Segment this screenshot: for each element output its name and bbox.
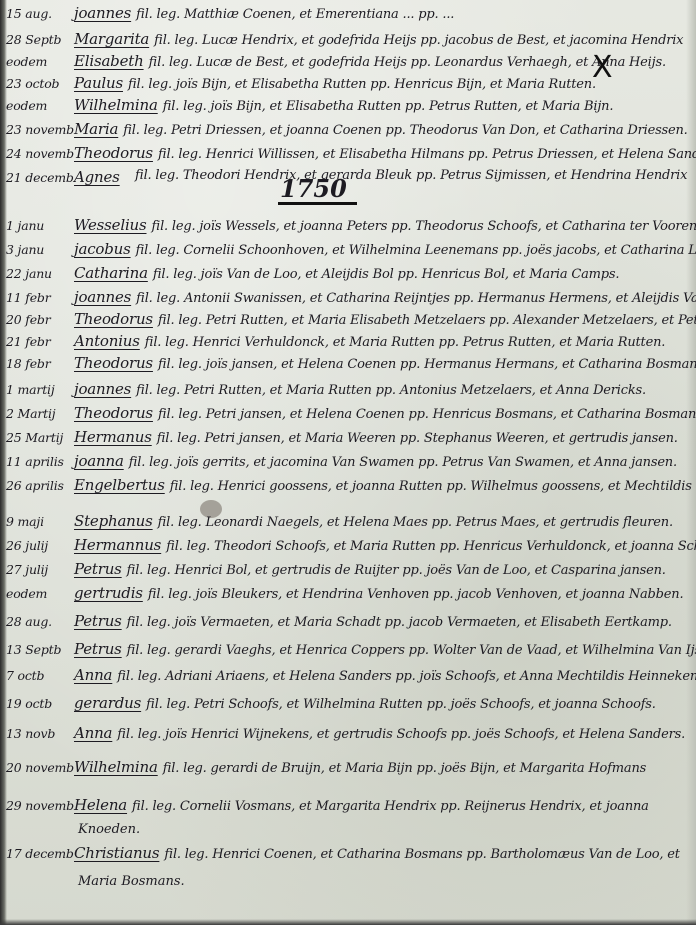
entry-text: fil. leg. Adriani Ariaens, et Helena San… bbox=[117, 669, 696, 684]
entry-text: fil. leg. joïs Bijn, et Elisabetha Rutte… bbox=[163, 99, 614, 114]
entry-text: fil. leg. Cornelii Vosmans, et Margarita… bbox=[132, 799, 649, 814]
entry-text: fil. leg. Henrici Bol, et gertrudis de R… bbox=[127, 563, 666, 578]
child-name: joannes bbox=[74, 288, 131, 306]
entry-date: 19 octb bbox=[0, 696, 74, 711]
entry-date: 21 febr bbox=[0, 334, 74, 349]
entry-text: fil. leg. Henrici goossens, et joanna Ru… bbox=[170, 479, 696, 494]
entry-text: fil. leg. gerardi Vaeghs, et Henrica Cop… bbox=[127, 643, 696, 658]
entry-date: 11 aprilis bbox=[0, 454, 74, 469]
child-name: Petrus bbox=[74, 612, 122, 630]
entry-date: 25 Martij bbox=[0, 430, 74, 445]
entry-continuation: Maria Bosmans. bbox=[78, 874, 185, 889]
entry-date: 20 febr bbox=[0, 312, 74, 327]
entry-date: 23 novemb bbox=[0, 122, 74, 137]
entry-text: fil. leg. Petri Rutten, et Maria Elisabe… bbox=[158, 313, 696, 328]
child-name: Theodorus bbox=[74, 354, 153, 372]
child-name: Wilhelmina bbox=[74, 758, 158, 776]
entry-date: 23 octob bbox=[0, 76, 74, 91]
entry-date: 9 maji bbox=[0, 514, 74, 529]
child-name: Engelbertus bbox=[74, 476, 165, 494]
baptism-entry: 9 maji Stephanus fil. leg. Leonardi Naeg… bbox=[0, 512, 690, 538]
entry-date: 28 aug. bbox=[0, 614, 74, 629]
entry-date: 15 aug. bbox=[0, 6, 74, 21]
entry-date: 18 febr bbox=[0, 356, 74, 371]
baptism-entry: 15 aug. joannes fil. leg. Matthiæ Coenen… bbox=[0, 4, 690, 30]
baptism-entry: 23 novemb Maria fil. leg. Petri Driessen… bbox=[0, 120, 690, 146]
entry-text: fil. leg. Lucæ de Best, et godefrida Hei… bbox=[149, 55, 666, 70]
baptism-entry: 13 novb Anna fil. leg. joïs Henrici Wijn… bbox=[0, 724, 690, 750]
entry-date: 26 julij bbox=[0, 538, 74, 553]
baptism-entry: 2 Martij Theodorus fil. leg. Petri janse… bbox=[0, 404, 690, 430]
entry-date: eodem bbox=[0, 586, 74, 601]
entry-text: fil. leg. joïs Vermaeten, et Maria Schad… bbox=[127, 615, 672, 630]
entry-text: fil. leg. Theodori Hendrix, et gerarda B… bbox=[135, 168, 687, 183]
year-heading: 1750 bbox=[278, 176, 357, 205]
child-name: Elisabeth bbox=[74, 52, 144, 70]
baptism-entry: 28 aug. Petrus fil. leg. joïs Vermaeten,… bbox=[0, 612, 690, 638]
entry-date: eodem bbox=[0, 54, 74, 69]
child-name: jacobus bbox=[74, 240, 131, 258]
child-name: Margarita bbox=[74, 30, 149, 48]
entry-date: 13 novb bbox=[0, 726, 74, 741]
entry-text: fil. leg. joïs Bleukers, et Hendrina Ven… bbox=[148, 587, 684, 602]
child-name: Antonius bbox=[74, 332, 140, 350]
entry-text: fil. leg. joïs gerrits, et jacomina Van … bbox=[129, 455, 677, 470]
entry-date: 1 janu bbox=[0, 218, 74, 233]
child-name: Anna bbox=[74, 666, 112, 684]
child-name: gerardus bbox=[74, 694, 141, 712]
child-name: Theodorus bbox=[74, 404, 153, 422]
entry-date: 26 aprilis bbox=[0, 478, 74, 493]
child-name: Petrus bbox=[74, 640, 122, 658]
entry-text: fil. leg. Lucæ Hendrix, et godefrida Hei… bbox=[154, 33, 683, 48]
child-name: Christianus bbox=[74, 844, 159, 862]
child-name: Paulus bbox=[74, 74, 123, 92]
entry-text: fil. leg. Henrici Verhuldonck, et Maria … bbox=[145, 335, 665, 350]
entry-date: 11 febr bbox=[0, 290, 74, 305]
entry-text: fil. leg. Henrici Coenen, et Catharina B… bbox=[164, 847, 679, 862]
baptism-entry: 3 janu jacobus fil. leg. Cornelii Schoon… bbox=[0, 240, 690, 266]
baptism-entry: 27 julij Petrus fil. leg. Henrici Bol, e… bbox=[0, 560, 690, 586]
entry-text: fil. leg. Cornelii Schoonhoven, et Wilhe… bbox=[136, 243, 696, 258]
baptism-entry: eodem gertrudis fil. leg. joïs Bleukers,… bbox=[0, 584, 690, 610]
child-name: gertrudis bbox=[74, 584, 143, 602]
child-name: Wilhelmina bbox=[74, 96, 158, 114]
entry-text: fil. leg. joïs jansen, et Helena Coenen … bbox=[158, 357, 696, 372]
baptism-entry: 18 febr Theodorus fil. leg. joïs jansen,… bbox=[0, 354, 690, 380]
baptism-entry: 29 novemb Helena fil. leg. Cornelii Vosm… bbox=[0, 796, 690, 822]
page-bottom-edge bbox=[0, 919, 696, 925]
baptism-entry: 26 aprilis Engelbertus fil. leg. Henrici… bbox=[0, 476, 690, 502]
child-name: Theodorus bbox=[74, 144, 153, 162]
entry-date: 28 Septb bbox=[0, 32, 74, 47]
child-name: joannes bbox=[74, 380, 131, 398]
entry-text: fil. leg. joïs Bijn, et Elisabetha Rutte… bbox=[128, 77, 596, 92]
entry-text: fil. leg. Henrici Willissen, et Elisabet… bbox=[158, 147, 696, 162]
entry-date: 3 janu bbox=[0, 242, 74, 257]
entry-date: 29 novemb bbox=[0, 798, 74, 813]
entry-date: 7 octb bbox=[0, 668, 74, 683]
entry-text: fil. leg. joïs Van de Loo, et Aleijdis B… bbox=[153, 267, 620, 282]
entry-date: 24 novemb bbox=[0, 146, 74, 161]
entry-text: fil. leg. Antonii Swanissen, et Catharin… bbox=[136, 291, 696, 306]
entry-text: fil. leg. Petri Schoofs, et Wilhelmina R… bbox=[146, 697, 656, 712]
baptism-entry: 1 martij joannes fil. leg. Petri Rutten,… bbox=[0, 380, 690, 406]
child-name: joanna bbox=[74, 452, 124, 470]
baptism-entry: 22 janu Catharina fil. leg. joïs Van de … bbox=[0, 264, 690, 290]
baptism-entry: 11 aprilis joanna fil. leg. joïs gerrits… bbox=[0, 452, 690, 478]
baptism-entry: 7 octb Anna fil. leg. Adriani Ariaens, e… bbox=[0, 666, 690, 692]
child-name: Agnes bbox=[74, 168, 120, 186]
baptism-entry: 26 julij Hermannus fil. leg. Theodori Sc… bbox=[0, 536, 690, 562]
child-name: Hermannus bbox=[74, 536, 161, 554]
baptism-entry: eodem Wilhelmina fil. leg. joïs Bijn, et… bbox=[0, 96, 690, 122]
entry-continuation: Knoeden. bbox=[78, 822, 140, 837]
entry-text: fil. leg. joïs Wessels, et joanna Peters… bbox=[152, 219, 696, 234]
child-name: Theodorus bbox=[74, 310, 153, 328]
entry-text: fil. leg. Theodori Schoofs, et Maria Rut… bbox=[166, 539, 696, 554]
entry-date: 1 martij bbox=[0, 382, 74, 397]
entry-date: 22 janu bbox=[0, 266, 74, 281]
entry-text: fil. leg. Leonardi Naegels, et Helena Ma… bbox=[158, 515, 673, 530]
entry-date: 21 decemb bbox=[0, 170, 74, 185]
entry-date: 20 novemb bbox=[0, 760, 74, 775]
entry-text: fil. leg. Petri Driessen, et joanna Coen… bbox=[123, 123, 687, 138]
child-name: Petrus bbox=[74, 560, 122, 578]
child-name: Helena bbox=[74, 796, 127, 814]
entry-text: fil. leg. Petri Rutten, et Maria Rutten … bbox=[136, 383, 646, 398]
child-name: Stephanus bbox=[74, 512, 153, 530]
entry-text: fil. leg. Petri jansen, et Helena Coenen… bbox=[158, 407, 696, 422]
entry-date: 13 Septb bbox=[0, 642, 74, 657]
baptism-entry: 25 Martij Hermanus fil. leg. Petri janse… bbox=[0, 428, 690, 454]
entry-text: fil. leg. Matthiæ Coenen, et Emerentiana… bbox=[136, 7, 454, 22]
margin-x-mark: X bbox=[592, 50, 613, 85]
baptism-entry: 17 decemb Christianus fil. leg. Henrici … bbox=[0, 844, 690, 870]
entry-date: 27 julij bbox=[0, 562, 74, 577]
baptism-entry: 19 octb gerardus fil. leg. Petri Schoofs… bbox=[0, 694, 690, 720]
register-page: 15 aug. joannes fil. leg. Matthiæ Coenen… bbox=[0, 0, 696, 925]
child-name: Wesselius bbox=[74, 216, 147, 234]
child-name: joannes bbox=[74, 4, 131, 22]
baptism-entry: 1 janu Wesselius fil. leg. joïs Wessels,… bbox=[0, 216, 690, 242]
child-name: Hermanus bbox=[74, 428, 152, 446]
child-name: Anna bbox=[74, 724, 112, 742]
baptism-entry: 13 Septb Petrus fil. leg. gerardi Vaeghs… bbox=[0, 640, 690, 666]
entry-date: 17 decemb bbox=[0, 846, 74, 861]
entry-date: eodem bbox=[0, 98, 74, 113]
child-name: Catharina bbox=[74, 264, 148, 282]
entry-text: fil. leg. Petri jansen, et Maria Weeren … bbox=[157, 431, 678, 446]
entry-text: fil. leg. joïs Henrici Wijnekens, et ger… bbox=[117, 727, 685, 742]
baptism-entry: 24 novemb Theodorus fil. leg. Henrici Wi… bbox=[0, 144, 690, 170]
entry-text: fil. leg. gerardi de Bruijn, et Maria Bi… bbox=[163, 761, 646, 776]
baptism-entry-text: fil. leg. Theodori Hendrix, et gerarda B… bbox=[135, 168, 695, 194]
entry-date: 2 Martij bbox=[0, 406, 74, 421]
child-name: Maria bbox=[74, 120, 118, 138]
baptism-entry: 20 novemb Wilhelmina fil. leg. gerardi d… bbox=[0, 758, 690, 784]
